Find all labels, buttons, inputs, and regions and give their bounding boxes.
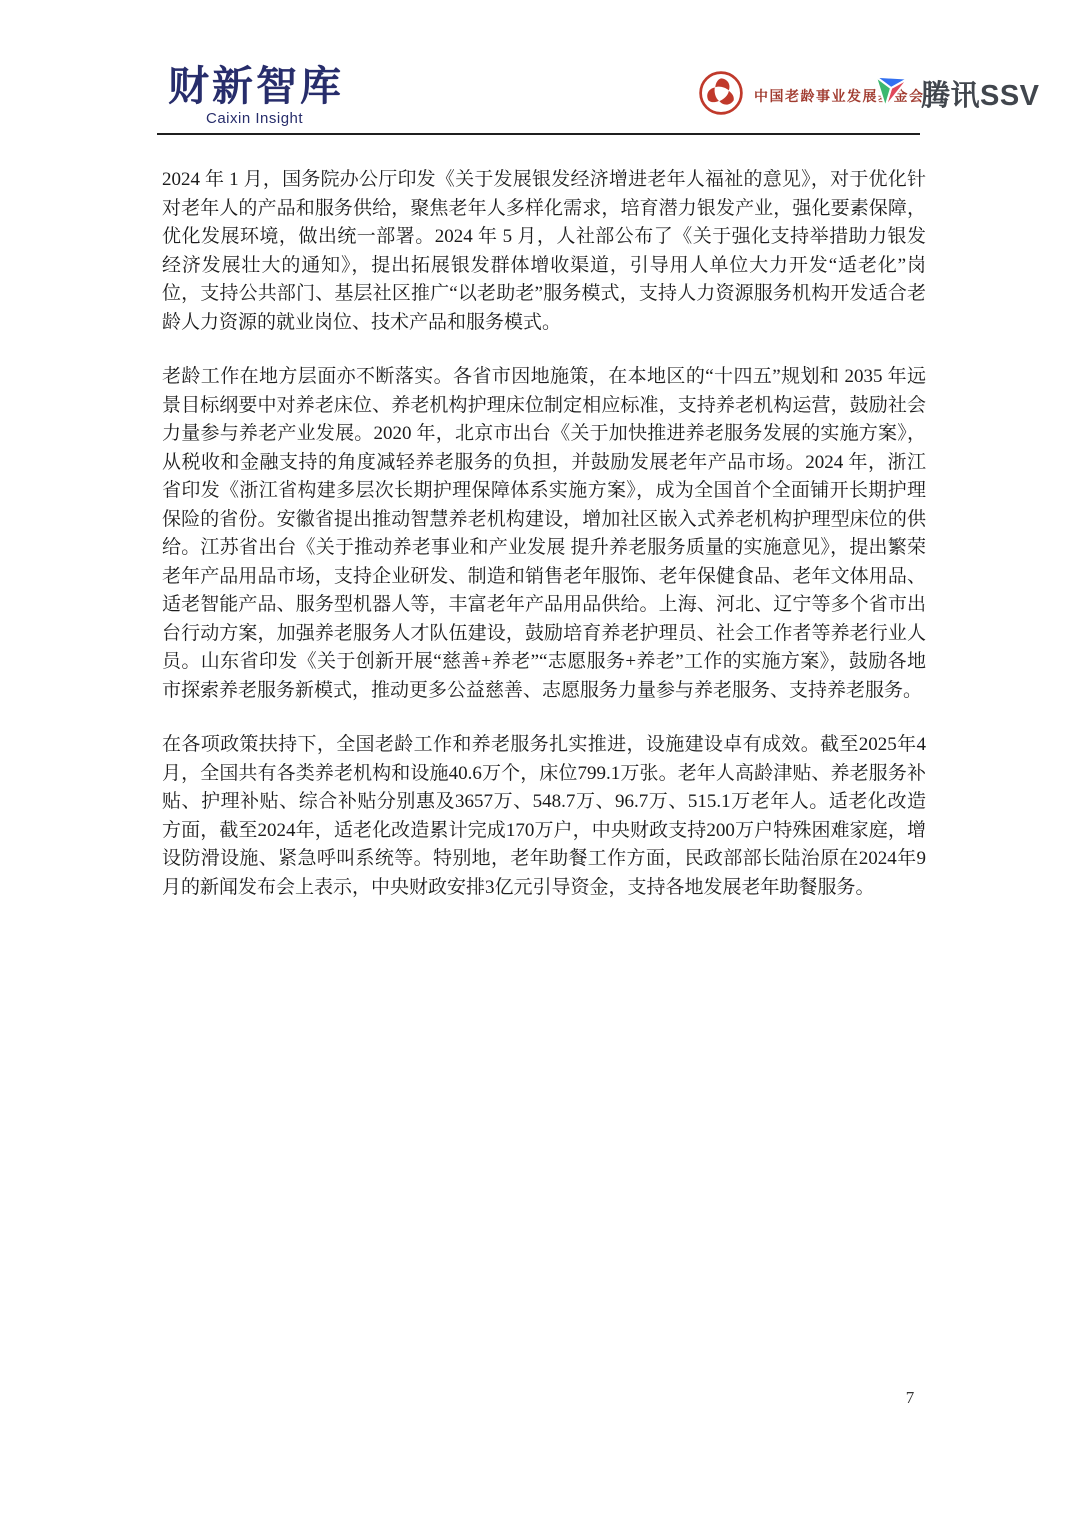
foundation-emblem-icon [698,70,744,121]
caixin-logo-cn-text: 财新智库 [168,66,398,107]
page-number: 7 [898,1388,922,1408]
header-divider [157,133,920,135]
document-body: 2024 年 1 月，国务院办公厅印发《关于发展银发经济增进老年人福祉的意见》，… [162,166,926,902]
paragraph-policy-national: 2024 年 1 月，国务院办公厅印发《关于发展银发经济增进老年人福祉的意见》，… [162,166,926,337]
paragraph-policy-local: 老龄工作在地方层面亦不断落实。各省市因地施策，在本地区的“十四五”规划和 203… [162,363,926,705]
page-header: 财新智库 Caixin Insight 中国老龄事业发展基金会 [0,0,1080,140]
paragraph-policy-results: 在各项政策扶持下，全国老龄工作和养老服务扎实推进，设施建设卓有成效。截至2025… [162,731,926,902]
tencent-ssv-name-text: 腾讯SSV [921,73,1040,114]
caixin-insight-logo: 财新智库 Caixin Insight [168,66,398,127]
tencent-ssv-triangle-icon [871,70,913,117]
caixin-logo-en-text: Caixin Insight [206,110,398,127]
tencent-ssv-logo: 腾讯SSV [871,70,1040,117]
